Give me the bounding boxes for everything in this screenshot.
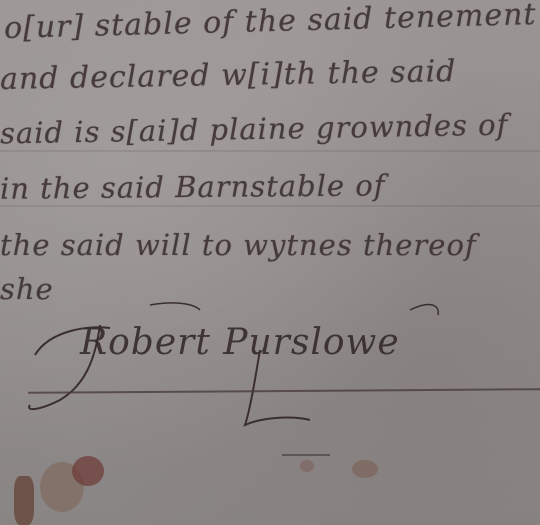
ink-mark <box>282 454 330 456</box>
signature: Robert Purslowe <box>80 322 400 363</box>
manuscript-line-2: and declared w[i]th the said <box>0 54 457 97</box>
manuscript-line-4: in the said Barnstable of <box>0 168 386 205</box>
manuscript-line-1: o[ur] stable of the said tenement <box>4 0 537 46</box>
ink-stain <box>72 456 104 486</box>
signature-flourish <box>0 300 540 440</box>
manuscript-line-5: the said will to wytnes thereof <box>0 228 477 262</box>
paper-fold <box>0 150 540 152</box>
manuscript-page: o[ur] stable of the said tenement and de… <box>0 0 540 525</box>
ink-stain <box>300 460 314 472</box>
paper-fold <box>0 205 540 207</box>
ink-stain <box>352 460 378 478</box>
manuscript-line-3: said is s[ai]d plaine growndes of <box>0 108 509 151</box>
ink-stain <box>14 476 34 525</box>
